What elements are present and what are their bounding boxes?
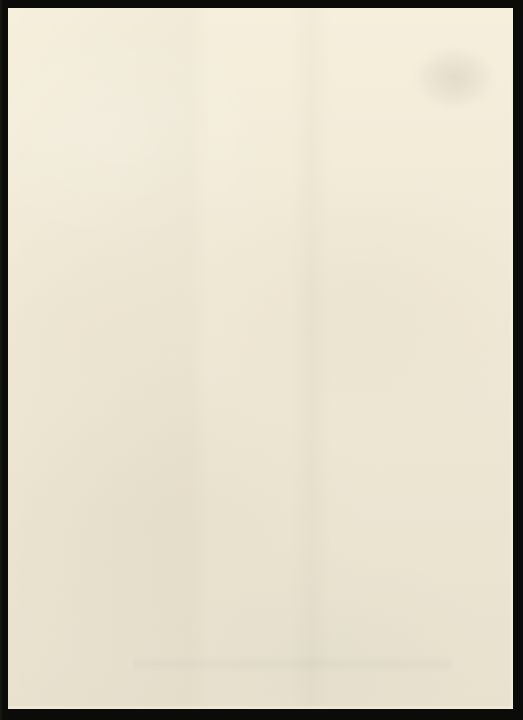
page-edge-highlight-bottom bbox=[8, 705, 513, 709]
scan-streak bbox=[134, 657, 452, 671]
blank-page bbox=[8, 8, 513, 709]
stain-mark bbox=[405, 46, 495, 110]
page-edge-highlight-right bbox=[509, 8, 513, 709]
scan-frame bbox=[0, 0, 523, 720]
